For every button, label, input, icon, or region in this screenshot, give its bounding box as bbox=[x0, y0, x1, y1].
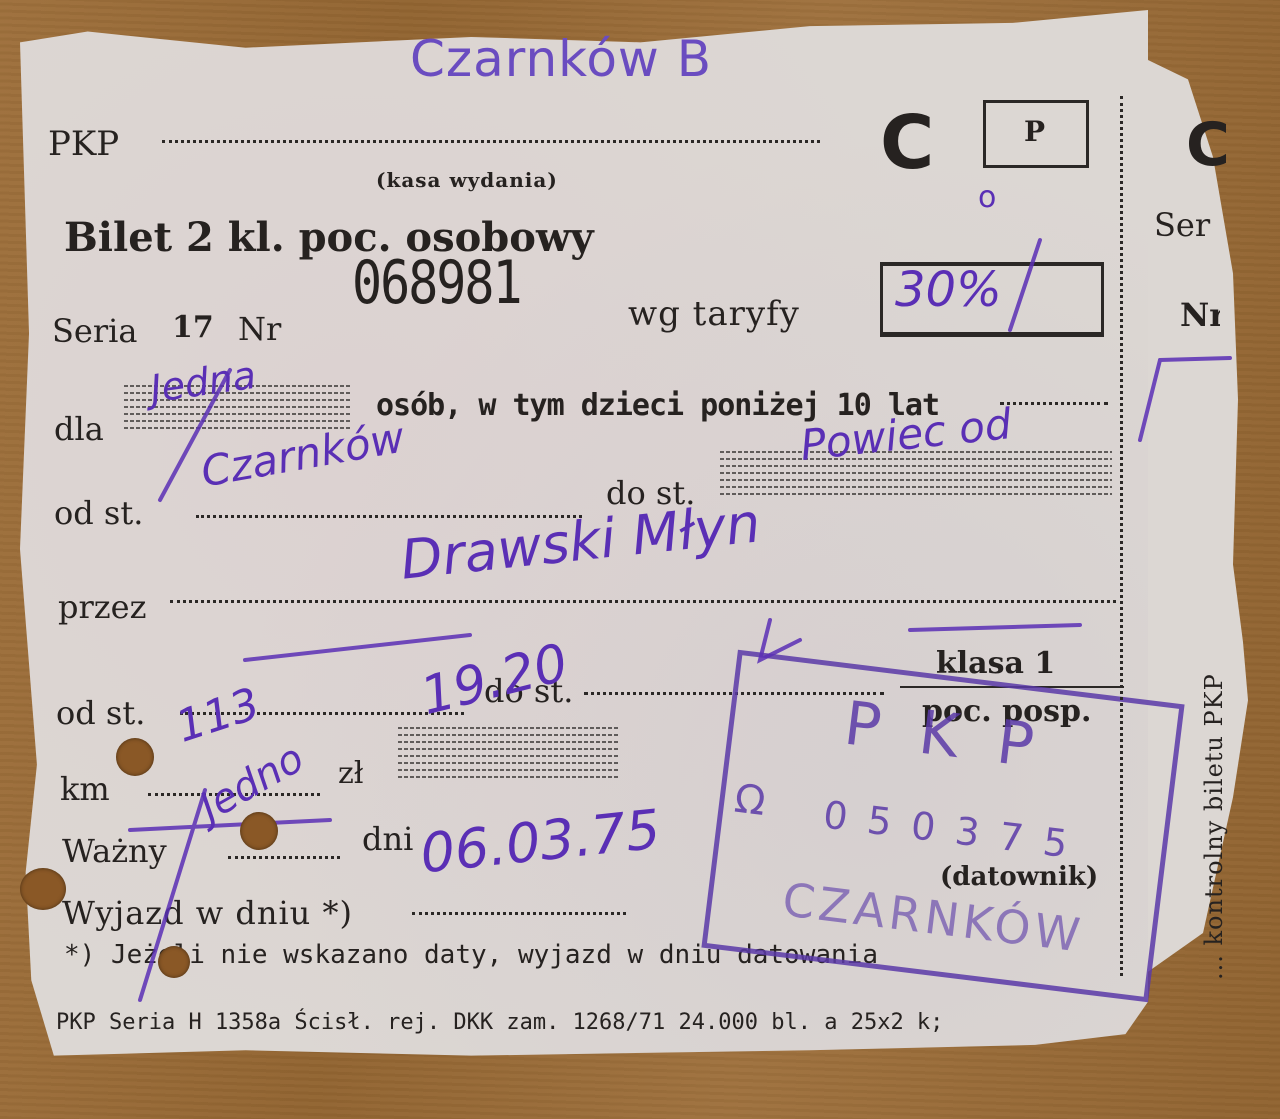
stub-number-label: Nr bbox=[1180, 296, 1220, 334]
stub-vertical-text: ... kontrolny biletu PKP bbox=[1200, 673, 1228, 980]
punch-hole bbox=[158, 946, 190, 978]
perforation-line bbox=[1120, 96, 1123, 976]
handwriting-strokes bbox=[0, 0, 1280, 1119]
stub-class-letter: C bbox=[1186, 110, 1226, 180]
stub-series-label: Ser bbox=[1154, 206, 1216, 244]
punch-hole bbox=[240, 812, 278, 850]
punch-hole bbox=[116, 738, 154, 776]
punch-hole bbox=[20, 868, 66, 910]
